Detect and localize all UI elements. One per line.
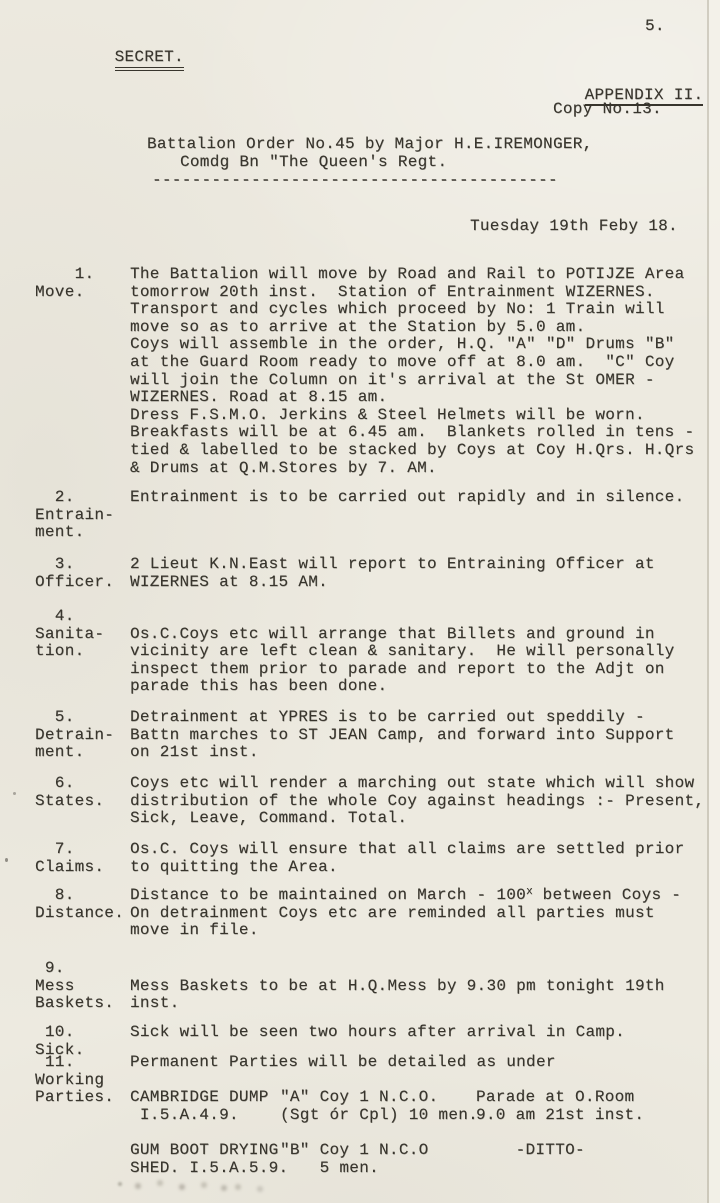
section-label-line: tion. bbox=[35, 643, 130, 661]
cell-line: "A" Coy 1 N.C.O. bbox=[280, 1089, 476, 1107]
body-line: tied & labelled to be stacked by Coys at… bbox=[130, 442, 708, 460]
body-line: to quitting the Area. bbox=[130, 859, 708, 877]
detail-cell: "A" Coy 1 N.C.O. (Sgt ór Cpl) 10 men. bbox=[280, 1089, 476, 1124]
body-line: move so as to arrive at the Station by 5… bbox=[130, 319, 708, 337]
body-line-with-superscript: Distance to be maintained on March - 100… bbox=[130, 887, 708, 905]
section-label-line: Officer. bbox=[35, 574, 130, 592]
section-4-label: 4. Sanita- tion. bbox=[35, 608, 130, 661]
section-label-line: Sanita- bbox=[35, 626, 130, 644]
cell-line: "B" Coy 1 N.C.O bbox=[280, 1142, 476, 1160]
body-line: Battn marches to ST JEAN Camp, and forwa… bbox=[130, 727, 708, 745]
parade-cell: Parade at O.Room 9.0 am 21st inst. bbox=[476, 1089, 708, 1124]
table-row: GUM BOOT DRYING SHED. I.5.A.5.9. "B" Coy… bbox=[130, 1142, 708, 1177]
body-line: Os.C.Coys etc will arrange that Billets … bbox=[130, 626, 708, 644]
body-line: distribution of the whole Coy against he… bbox=[130, 793, 708, 811]
section-number: 1. bbox=[35, 266, 130, 284]
body-line: On detrainment Coys etc are reminded all… bbox=[130, 905, 708, 923]
body-line: Entrainment is to be carried out rapidly… bbox=[130, 489, 708, 507]
classification-stamp: SECRET. bbox=[75, 31, 184, 89]
classification-text: SECRET. bbox=[115, 49, 184, 72]
body-line: & Drums at Q.M.Stores by 7. AM. bbox=[130, 460, 708, 478]
parade-cell: -DITTO- bbox=[476, 1142, 708, 1177]
body-line: Permanent Parties will be detailed as un… bbox=[130, 1054, 708, 1072]
body-line bbox=[130, 608, 708, 626]
section-label-line: States. bbox=[35, 793, 130, 811]
cell-line: GUM BOOT DRYING bbox=[130, 1142, 280, 1160]
section-label-line: Detrain- bbox=[35, 727, 130, 745]
body-line: Coys will assemble in the order, H.Q. "A… bbox=[130, 336, 708, 354]
section-label-line: ment. bbox=[35, 744, 130, 762]
cell-line: 9.0 am 21st inst. bbox=[476, 1107, 708, 1125]
section-4-body: Os.C.Coys etc will arrange that Billets … bbox=[130, 608, 708, 696]
section-number: 9. bbox=[35, 960, 130, 978]
section-label-line: Parties. bbox=[35, 1089, 130, 1107]
section-5-body: Detrainment at YPRES is to be carried ou… bbox=[130, 709, 708, 762]
section-label-line: Move. bbox=[35, 284, 130, 302]
section-5-label: 5. Detrain- ment. bbox=[35, 709, 130, 762]
body-line: Dress F.S.M.O. Jerkins & Steel Helmets w… bbox=[130, 407, 708, 425]
section-label-line: Mess bbox=[35, 978, 130, 996]
section-number: 8. bbox=[35, 887, 130, 905]
ink-speck bbox=[5, 858, 8, 862]
body-line: The Battalion will move by Road and Rail… bbox=[130, 266, 708, 284]
section-number: 11. bbox=[35, 1054, 130, 1072]
body-line: WIZERNES at 8.15 AM. bbox=[130, 574, 708, 592]
body-line: inst. bbox=[130, 995, 708, 1013]
body-line bbox=[130, 960, 708, 978]
section-7-body: Os.C. Coys will ensure that all claims a… bbox=[130, 841, 708, 876]
body-line: Os.C. Coys will ensure that all claims a… bbox=[130, 841, 708, 859]
section-2-label: 2. Entrain- ment. bbox=[35, 489, 130, 542]
working-parties-table: CAMBRIDGE DUMP I.5.A.4.9. "A" Coy 1 N.C.… bbox=[130, 1089, 708, 1177]
location-cell: CAMBRIDGE DUMP I.5.A.4.9. bbox=[130, 1089, 280, 1124]
document-page: 5. SECRET. APPENDIX II. Copy No.13. Batt… bbox=[0, 0, 720, 1203]
section-6-body: Coys etc will render a marching out stat… bbox=[130, 775, 708, 828]
section-8-body: Distance to be maintained on March - 100… bbox=[130, 887, 708, 940]
cell-line: Parade at O.Room bbox=[476, 1089, 708, 1107]
section-number: 5. bbox=[35, 709, 130, 727]
cell-line: (Sgt ór Cpl) 10 men. bbox=[280, 1107, 476, 1125]
body-line: Coys etc will render a marching out stat… bbox=[130, 775, 708, 793]
section-number: 2. bbox=[35, 489, 130, 507]
body-line: Detrainment at YPRES is to be carried ou… bbox=[130, 709, 708, 727]
body-line: WIZERNES. Road at 8.15 am. bbox=[130, 389, 708, 407]
cell-line: 5 men. bbox=[280, 1160, 476, 1178]
scan-page-edge bbox=[709, 0, 720, 1203]
body-line: tomorrow 20th inst. Station of Entrainme… bbox=[130, 284, 708, 302]
ink-speck bbox=[13, 792, 16, 795]
body-line: Transport and cycles which proceed by No… bbox=[130, 301, 708, 319]
copy-number: Copy No.13. bbox=[553, 101, 662, 119]
section-number: 6. bbox=[35, 775, 130, 793]
section-label-line: Entrain- bbox=[35, 507, 130, 525]
body-line: parade this has been done. bbox=[130, 678, 708, 696]
section-number: 10. bbox=[35, 1024, 130, 1042]
section-label-line: Baskets. bbox=[35, 995, 130, 1013]
section-1-label: 1. Move. bbox=[35, 266, 130, 301]
faint-pencil-smudge bbox=[118, 1182, 122, 1186]
body-line: 2 Lieut K.N.East will report to Entraini… bbox=[130, 556, 708, 574]
location-cell: GUM BOOT DRYING SHED. I.5.A.5.9. bbox=[130, 1142, 280, 1177]
order-date: Tuesday 19th Feby 18. bbox=[470, 218, 678, 236]
section-11-body: Permanent Parties will be detailed as un… bbox=[130, 1054, 708, 1177]
section-3-body: 2 Lieut K.N.East will report to Entraini… bbox=[130, 556, 708, 591]
body-line: Sick, Leave, Command. Total. bbox=[130, 810, 708, 828]
section-label-line: Distance. bbox=[35, 905, 130, 923]
body-line: on 21st inst. bbox=[130, 744, 708, 762]
section-11-label: 11. Working Parties. bbox=[35, 1054, 130, 1107]
distance-text-pre: Distance to be maintained on March - 100 bbox=[130, 886, 526, 904]
order-title-line1: Battalion Order No.45 by Major H.E.IREMO… bbox=[147, 136, 593, 154]
section-label-line: Claims. bbox=[35, 859, 130, 877]
order-title-line2: Comdg Bn "The Queen's Regt. bbox=[180, 154, 447, 172]
section-label-line: Working bbox=[35, 1072, 130, 1090]
distance-text-post: between Coys - bbox=[533, 886, 682, 904]
body-line bbox=[130, 1072, 708, 1090]
section-3-label: 3. Officer. bbox=[35, 556, 130, 591]
body-line: will join the Column on it's arrival at … bbox=[130, 372, 708, 390]
body-line: move in file. bbox=[130, 922, 708, 940]
page-number: 5. bbox=[645, 18, 665, 36]
section-2-body: Entrainment is to be carried out rapidly… bbox=[130, 489, 708, 507]
superscript-x: x bbox=[526, 886, 533, 898]
section-9-label: 9. Mess Baskets. bbox=[35, 960, 130, 1013]
section-number: 3. bbox=[35, 556, 130, 574]
detail-cell: "B" Coy 1 N.C.O 5 men. bbox=[280, 1142, 476, 1177]
body-line: vicinity are left clean & sanitary. He w… bbox=[130, 643, 708, 661]
cell-line: -DITTO- bbox=[476, 1142, 708, 1160]
section-number: 7. bbox=[35, 841, 130, 859]
body-line: inspect them prior to parade and report … bbox=[130, 661, 708, 679]
section-1-body: The Battalion will move by Road and Rail… bbox=[130, 266, 708, 477]
scan-page-edge-line bbox=[707, 0, 709, 1203]
section-7-label: 7. Claims. bbox=[35, 841, 130, 876]
section-6-label: 6. States. bbox=[35, 775, 130, 810]
table-row: CAMBRIDGE DUMP I.5.A.4.9. "A" Coy 1 N.C.… bbox=[130, 1089, 708, 1124]
body-line: Sick will be seen two hours after arriva… bbox=[130, 1024, 708, 1042]
section-10-body: Sick will be seen two hours after arriva… bbox=[130, 1024, 708, 1042]
title-dashed-rule: ----------------------------------------… bbox=[152, 172, 558, 190]
cell-line: CAMBRIDGE DUMP bbox=[130, 1089, 280, 1107]
section-8-label: 8. Distance. bbox=[35, 887, 130, 922]
cell-line: I.5.A.4.9. bbox=[130, 1107, 280, 1125]
section-number: 4. bbox=[35, 608, 130, 626]
cell-line: SHED. I.5.A.5.9. bbox=[130, 1160, 280, 1178]
cell-line bbox=[476, 1160, 708, 1178]
section-9-body: Mess Baskets to be at H.Q.Mess by 9.30 p… bbox=[130, 960, 708, 1013]
body-line: Mess Baskets to be at H.Q.Mess by 9.30 p… bbox=[130, 978, 708, 996]
body-line: at the Guard Room ready to move off at 8… bbox=[130, 354, 708, 372]
section-label-line: ment. bbox=[35, 524, 130, 542]
body-line: Breakfasts will be at 6.45 am. Blankets … bbox=[130, 424, 708, 442]
